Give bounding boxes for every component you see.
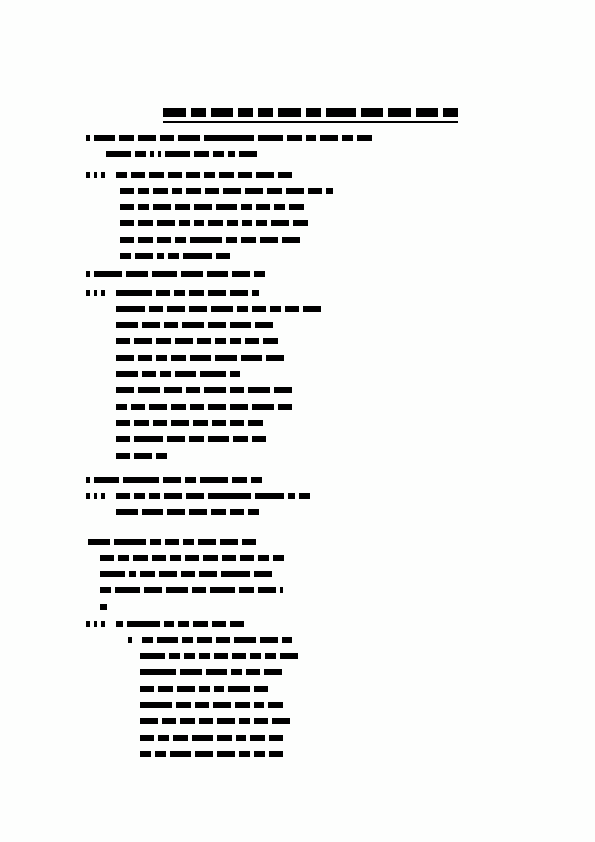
word-block [258,587,276,593]
section-heading-line [88,538,256,545]
document-title: [illegible title] [163,106,458,123]
word-block [86,135,90,141]
word-block [177,686,195,692]
word-block [282,637,293,643]
section-heading-line [100,587,283,594]
word-block [134,436,163,442]
word-block [170,555,181,561]
word-block [160,371,171,377]
paragraph-line [116,436,266,443]
word-block [116,387,134,393]
word-block [246,669,260,675]
word-block [254,686,268,692]
document-page: [illegible title] [0,0,595,842]
paragraph-line [116,171,292,178]
word-block [194,204,212,210]
word-block [140,571,154,577]
word-block [241,237,255,243]
paragraph-line [116,508,259,515]
word-block [116,306,145,312]
title-word-block [211,108,234,117]
paragraph-line [116,305,321,312]
word-block [173,735,187,741]
word-block [140,751,151,757]
word-block [134,453,152,459]
list-marker [86,171,105,178]
word-block [116,420,130,426]
paragraph-line [116,354,284,361]
word-block [208,404,226,410]
word-block [190,404,204,410]
word-block [242,539,256,545]
word-block [212,621,226,627]
word-block [133,555,147,561]
word-block [258,135,283,141]
word-block [267,188,281,194]
word-block [100,571,125,577]
word-block [128,637,132,643]
word-block [163,477,181,483]
paragraph-line [142,636,292,643]
word-block [186,493,204,499]
word-block [250,653,261,659]
word-block [204,387,226,393]
word-block [245,188,263,194]
word-block [190,355,212,361]
word-block [223,188,241,194]
word-block [252,436,266,442]
word-block [221,571,250,577]
list-marker [86,289,105,296]
word-block [138,188,149,194]
word-block [101,493,105,499]
word-block [282,237,300,243]
word-block [140,653,165,659]
word-block [234,637,256,643]
word-block [149,306,163,312]
word-block [157,637,179,643]
word-block [120,220,134,226]
word-block [153,188,167,194]
title-word-block [361,108,384,117]
word-block [178,135,200,141]
word-block [237,306,248,312]
word-block [241,204,252,210]
list-marker [86,620,105,627]
word-block [213,702,231,708]
word-block [342,135,353,141]
word-block [230,404,248,410]
word-block [239,718,250,724]
word-block [140,735,154,741]
word-block [100,604,107,610]
word-block [171,355,185,361]
paragraph-line [120,253,230,260]
word-block [198,539,216,545]
word-block [116,371,138,377]
word-block [140,702,172,708]
word-block [204,172,215,178]
word-block [138,204,149,210]
word-block [228,151,235,157]
word-block [186,188,200,194]
word-block [285,306,299,312]
word-block [200,477,229,483]
word-block [278,172,292,178]
word-block [157,220,175,226]
word-block [215,338,226,344]
word-block [116,509,138,515]
word-block [288,493,295,499]
word-block [274,387,292,393]
word-block [158,735,169,741]
word-block [199,686,210,692]
word-block [127,621,159,627]
word-block [252,306,266,312]
word-block [255,493,284,499]
word-block [171,404,185,410]
word-block [158,151,162,157]
word-block [280,587,284,593]
word-block [120,204,134,210]
paragraph-line [116,371,240,378]
word-block [167,306,185,312]
word-block [134,338,152,344]
word-block [216,253,230,259]
word-block [183,253,212,259]
word-block [116,621,123,627]
paragraph-line [140,702,283,709]
word-block [213,151,224,157]
word-block [183,539,194,545]
word-block [230,322,252,328]
word-block [171,420,189,426]
word-block [220,539,238,545]
word-block [208,436,230,442]
word-block [212,420,226,426]
word-block [134,493,145,499]
paragraph-line [116,387,292,394]
word-block [116,290,152,296]
word-block [118,555,129,561]
word-block [215,355,237,361]
word-block [176,702,190,708]
word-block [138,237,152,243]
word-block [200,371,225,377]
word-block [165,151,190,157]
word-block [208,220,222,226]
word-block [158,686,172,692]
word-block [289,204,303,210]
word-block [258,555,269,561]
word-block [101,621,105,627]
word-block [222,555,236,561]
word-block [189,436,203,442]
word-block [208,290,226,296]
word-block [184,653,195,659]
word-block [214,653,228,659]
word-block [162,718,176,724]
word-block [175,204,189,210]
word-block [180,718,194,724]
word-block [134,420,148,426]
title-word-block [388,108,411,117]
word-block [287,135,301,141]
word-block [116,172,127,178]
word-block [131,172,145,178]
word-block [230,371,241,377]
word-block [254,751,265,757]
word-block [193,420,207,426]
word-block [175,371,197,377]
word-block [357,135,371,141]
word-block [156,355,167,361]
word-block [216,204,238,210]
word-block [164,387,182,393]
word-block [172,188,183,194]
word-block [142,371,156,377]
word-block [100,587,111,593]
word-block [230,509,244,515]
section-heading-line [86,270,265,277]
word-block [164,621,175,627]
word-block [156,290,170,296]
word-block [278,404,292,410]
word-block [189,306,207,312]
word-block [207,271,229,277]
word-block [144,587,162,593]
word-block [268,702,282,708]
word-block [153,204,171,210]
word-block [116,453,130,459]
title-word-block [258,108,273,117]
word-block [214,686,225,692]
word-block [231,669,242,675]
word-block [159,571,177,577]
word-block [194,151,208,157]
word-block [254,718,268,724]
word-block [326,188,333,194]
word-block [256,204,270,210]
word-block [274,204,285,210]
word-block [86,621,90,627]
word-block [238,172,252,178]
title-word-block [306,108,321,117]
word-block [186,387,200,393]
word-block [256,172,274,178]
word-block [179,220,190,226]
word-block [115,587,140,593]
title-word-block [416,108,439,117]
word-block [269,735,283,741]
word-block [182,322,204,328]
word-block [217,751,235,757]
word-block [170,751,192,757]
word-block [120,188,134,194]
word-block [140,718,158,724]
word-block [116,404,127,410]
word-block [230,387,244,393]
word-block [254,271,265,277]
word-block [219,172,233,178]
word-block [165,539,179,545]
word-block [120,237,134,243]
word-block [280,653,298,659]
word-block [269,751,283,757]
word-block [265,653,276,659]
word-block [153,420,167,426]
word-block [86,290,90,296]
word-block [293,220,307,226]
paragraph-line [120,220,308,227]
word-block [174,290,185,296]
word-block [192,735,214,741]
word-block [135,253,153,259]
word-block [264,669,282,675]
word-block [208,322,226,328]
word-block [131,404,145,410]
word-block [252,290,259,296]
word-block [232,653,246,659]
paragraph-line [116,338,278,345]
word-block [189,509,207,515]
word-block [100,555,114,561]
paragraph-line [116,620,244,627]
paragraph-line [140,685,268,692]
paragraph-line [120,236,300,243]
word-block [254,571,272,577]
word-block [211,509,225,515]
word-block [208,493,251,499]
word-block [239,587,253,593]
paragraph-line [120,187,333,194]
title-word-block [278,108,301,117]
section-heading-line [106,150,257,157]
word-block [126,271,148,277]
word-block [116,436,130,442]
word-block [155,751,166,757]
word-block [156,453,167,459]
word-block [286,188,304,194]
word-block [190,237,222,243]
word-block [228,686,250,692]
word-block [101,172,105,178]
word-block [150,539,161,545]
word-block [149,493,160,499]
word-block [185,555,199,561]
word-block [167,509,185,515]
word-block [193,621,207,627]
word-block [248,387,270,393]
word-block [94,271,123,277]
word-block [167,436,185,442]
word-block [178,621,189,627]
word-block [168,253,179,259]
word-block [120,253,131,259]
word-block [205,188,219,194]
word-block [260,637,278,643]
paragraph-line [140,669,282,676]
word-block [217,718,235,724]
word-block [94,172,98,178]
paragraph-line [140,718,290,725]
word-block [199,653,210,659]
word-block [197,338,211,344]
word-block [86,477,90,483]
word-block [192,587,206,593]
word-block [160,135,174,141]
word-block [235,702,249,708]
word-block [245,338,259,344]
word-block [272,718,290,724]
word-block [195,702,209,708]
word-block [230,420,244,426]
word-block [273,555,284,561]
word-block [271,220,289,226]
word-block [138,220,152,226]
word-block [230,621,244,627]
word-block [195,751,213,757]
word-block [116,355,134,361]
word-block [248,509,259,515]
word-block [199,571,217,577]
word-block [251,477,262,483]
word-block [175,237,186,243]
word-block [194,220,205,226]
word-block [299,493,310,499]
word-block [94,290,98,296]
paragraph-line [120,204,304,211]
word-block [242,220,253,226]
word-block [239,751,250,757]
word-block [250,735,264,741]
word-block [106,151,131,157]
word-block [175,338,193,344]
word-block [266,355,284,361]
word-block [236,735,247,741]
word-block [180,669,202,675]
word-block [185,477,196,483]
word-block [142,637,153,643]
word-block [94,477,119,483]
word-block [119,135,133,141]
word-block [181,571,195,577]
word-block [114,539,146,545]
word-block [140,669,176,675]
word-block [94,135,116,141]
paragraph-line [140,653,298,660]
title-word-block [191,108,206,117]
word-block [138,387,160,393]
word-block [116,493,130,499]
word-block [252,404,274,410]
word-block [150,151,154,157]
paragraph-line [116,322,273,329]
word-block [166,587,188,593]
paragraph-line [116,492,310,499]
word-block [142,322,160,328]
word-block [156,338,170,344]
word-block [210,587,235,593]
section-heading-line [86,134,372,141]
title-word-block [163,108,186,117]
word-block [152,555,166,561]
word-block [138,355,152,361]
section-heading-line [86,476,262,483]
word-block [149,404,167,410]
word-block [135,151,146,157]
word-block [240,555,254,561]
